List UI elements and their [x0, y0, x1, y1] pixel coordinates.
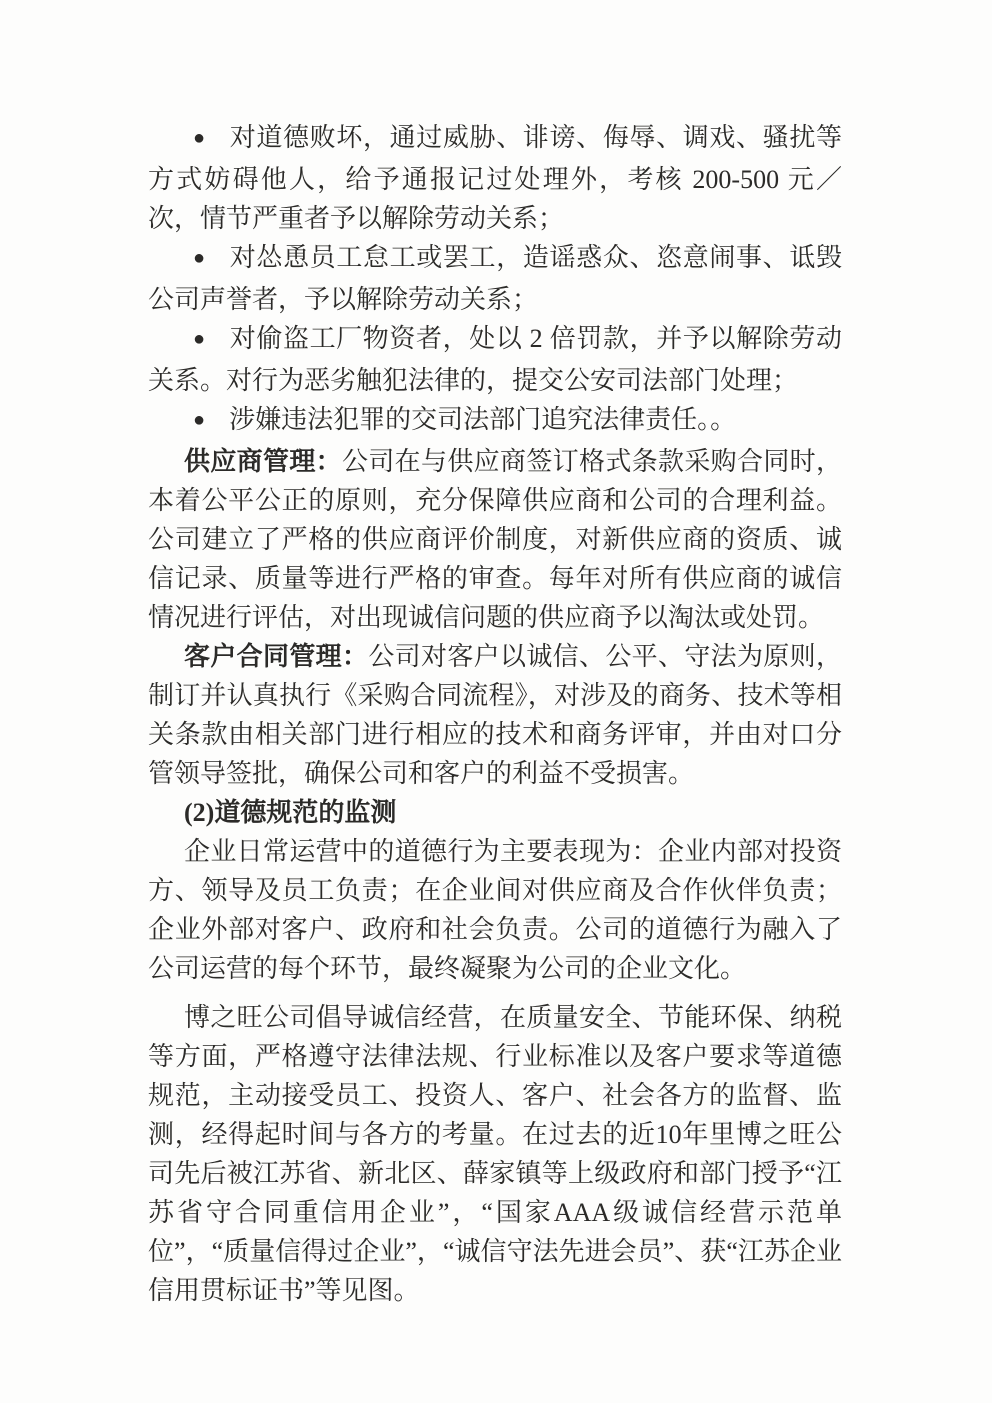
bullet-icon: ●	[193, 127, 206, 149]
document-page: ●对道德败坏，通过威胁、诽谤、侮辱、调戏、骚扰等方式妨碍他人，给予通报记过处理外…	[0, 0, 992, 1403]
paragraph-company-integrity: 博之旺公司倡导诚信经营，在质量安全、节能环保、纳税等方面，严格遵守法律法规、行业…	[148, 998, 842, 1310]
bullet-text: 对怂恿员工怠工或罢工，造谣惑众、恣意闹事、诋毁公司声誉者，予以解除劳动关系；	[148, 243, 842, 314]
paragraph-lead-supplier-management: 供应商管理：	[184, 447, 342, 476]
bullet-item-criminal-liability: ●涉嫌违法犯罪的交司法部门追究法律责任。。	[148, 400, 842, 442]
bullet-icon: ●	[193, 328, 206, 350]
paragraph-supplier-management: 供应商管理：公司在与供应商签订格式条款采购合同时，本着公平公正的原则，充分保障供…	[148, 442, 842, 637]
bullet-text: 对道德败坏，通过威胁、诽谤、侮辱、调戏、骚扰等方式妨碍他人，给予通报记过处理外，…	[148, 123, 842, 233]
section-heading-ethics-monitoring: (2)道德规范的监测	[148, 793, 842, 832]
paragraph-text: 企业日常运营中的道德行为主要表现为：企业内部对投资方、领导及员工负责；在企业间对…	[148, 837, 842, 983]
bullet-item-strike-incitement: ●对怂恿员工怠工或罢工，造谣惑众、恣意闹事、诋毁公司声誉者，予以解除劳动关系；	[148, 238, 842, 319]
paragraph-text: 博之旺公司倡导诚信经营，在质量安全、节能环保、纳税等方面，严格遵守法律法规、行业…	[148, 1003, 842, 1305]
paragraph-lead-customer-contract: 客户合同管理：	[184, 642, 368, 671]
bullet-item-ethics-violation: ●对道德败坏，通过威胁、诽谤、侮辱、调戏、骚扰等方式妨碍他人，给予通报记过处理外…	[148, 118, 842, 238]
bullet-text: 涉嫌违法犯罪的交司法部门追究法律责任。。	[229, 405, 736, 434]
bullet-icon: ●	[193, 247, 206, 269]
bullet-text: 对偷盗工厂物资者，处以 2 倍罚款，并予以解除劳动关系。对行为恶劣触犯法律的，提…	[148, 324, 842, 395]
paragraph-daily-ethics: 企业日常运营中的道德行为主要表现为：企业内部对投资方、领导及员工负责；在企业间对…	[148, 832, 842, 988]
paragraph-customer-contract-management: 客户合同管理：公司对客户以诚信、公平、守法为原则，制订并认真执行《采购合同流程》…	[148, 637, 842, 793]
bullet-item-theft: ●对偷盗工厂物资者，处以 2 倍罚款，并予以解除劳动关系。对行为恶劣触犯法律的，…	[148, 319, 842, 400]
bullet-icon: ●	[193, 409, 205, 431]
document-content: ●对道德败坏，通过威胁、诽谤、侮辱、调戏、骚扰等方式妨碍他人，给予通报记过处理外…	[148, 118, 842, 1310]
